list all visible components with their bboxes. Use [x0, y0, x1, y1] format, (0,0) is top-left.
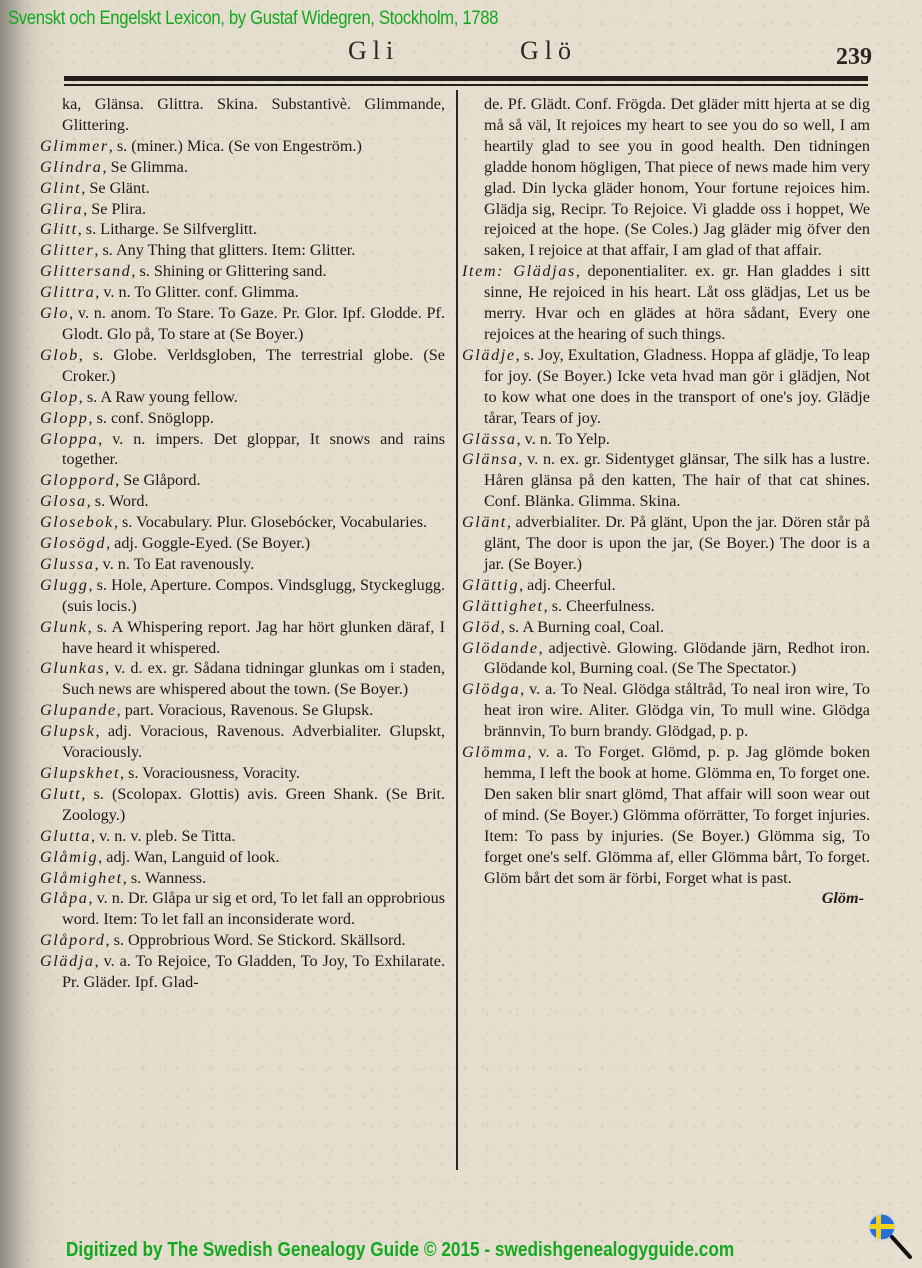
definition: , v. n. To Glitter. conf. Glimma.: [95, 283, 298, 301]
catchword: Glöm-: [462, 888, 870, 909]
dictionary-entry: Glopp, s. conf. Snöglopp.: [40, 408, 445, 429]
definition: , v. n. ex. gr. Sidentyget glänsar, The …: [484, 450, 870, 510]
dictionary-entry: Glugg, s. Hole, Aperture. Compos. Vindsg…: [40, 575, 445, 617]
dictionary-entry: Glob, s. Globe. Verldsgloben, The terres…: [40, 345, 445, 387]
dictionary-entry: Glop, s. A Raw young fellow.: [40, 387, 445, 408]
definition: , v. n. v. pleb. Se Titta.: [91, 827, 236, 845]
headword: Glo: [40, 304, 69, 322]
dictionary-entry: Glässa, v. n. To Yelp.: [462, 429, 870, 450]
column-divider: [456, 90, 458, 1170]
continued-entry: ka, Glänsa. Glittra. Skina. Substantivè.…: [40, 94, 445, 136]
guide-word-left: Gli: [348, 36, 399, 66]
headword: Glässa: [462, 430, 517, 448]
definition: , Se Plira.: [83, 200, 146, 218]
headword: Glussa: [40, 555, 95, 573]
dictionary-entry: Glittra, v. n. To Glitter. conf. Glimma.: [40, 282, 445, 303]
continued-entry: de. Pf. Glädt. Conf. Frögda. Det gläder …: [462, 94, 870, 261]
dictionary-entry: Glunkas, v. d. ex. gr. Sådana tidningar …: [40, 658, 445, 700]
definition: , Se Glänt.: [81, 179, 149, 197]
headword: Glutt: [40, 785, 81, 803]
definition: , s. Wanness.: [123, 869, 206, 887]
headword: Glupande: [40, 701, 117, 719]
definition: , s. Litharge. Se Silfverglitt.: [78, 220, 257, 238]
definition: , s. Vocabulary. Plur. Glosebócker, Voca…: [114, 513, 427, 531]
headword: Glitter: [40, 241, 94, 259]
definition: , s. Cheerfulness.: [544, 597, 655, 615]
dictionary-entry: Glo, v. n. anom. To Stare. To Gaze. Pr. …: [40, 303, 445, 345]
definition: , Se Glimma.: [102, 158, 187, 176]
definition: , v. a. To Forget. Glömd, p. p. Jag glöm…: [484, 743, 870, 886]
headword: Glosögd: [40, 534, 106, 552]
definition: , s. Globe. Verldsgloben, The terrestria…: [62, 346, 445, 385]
definition: , s. A Burning coal, Coal.: [501, 618, 664, 636]
definition: , adj. Wan, Languid of look.: [98, 848, 279, 866]
dictionary-entry: Glosebok, s. Vocabulary. Plur. Glosebóck…: [40, 512, 445, 533]
dictionary-entry: Glåpord, s. Opprobrious Word. Se Stickor…: [40, 930, 445, 951]
title-watermark: Svenskt och Engelskt Lexicon, by Gustaf …: [8, 8, 498, 30]
definition: , s. (miner.) Mica. (Se von Engeström.): [109, 137, 362, 155]
dictionary-entry: Glömma, v. a. To Forget. Glömd, p. p. Ja…: [462, 742, 870, 888]
dictionary-entry: Gloppa, v. n. impers. Det gloppar, It sn…: [40, 429, 445, 471]
dictionary-entry: Item: Glädjas, deponentialiter. ex. gr. …: [462, 261, 870, 345]
headword: Glimmer: [40, 137, 109, 155]
headword: Glittersand: [40, 262, 131, 280]
dictionary-entry: Glitter, s. Any Thing that glitters. Ite…: [40, 240, 445, 261]
header-rule-thin: [64, 84, 868, 86]
headword: Glänsa: [462, 450, 518, 468]
headword: Glittra: [40, 283, 95, 301]
definition: , v. a. To Neal. Glödga ståltråd, To nea…: [484, 680, 870, 740]
definition: , adj. Voracious, Ravenous. Adverbialite…: [62, 722, 445, 761]
dictionary-entry: Glåmig, adj. Wan, Languid of look.: [40, 847, 445, 868]
definition: , s. A Raw young fellow.: [79, 388, 238, 406]
definition: , s. Opprobrious Word. Se Stickord. Skäl…: [105, 931, 405, 949]
header-rule-thick: [64, 76, 868, 81]
scanned-page: Svenskt och Engelskt Lexicon, by Gustaf …: [0, 0, 922, 1268]
definition: , s. conf. Snöglopp.: [88, 409, 213, 427]
definition: , part. Voracious, Ravenous. Se Glupsk.: [117, 701, 374, 719]
headword: Glättighet: [462, 597, 544, 615]
right-column: de. Pf. Glädt. Conf. Frögda. Det gläder …: [462, 94, 870, 909]
headword: Glugg: [40, 576, 88, 594]
dictionary-entry: Glänt, adverbialiter. Dr. På glänt, Upon…: [462, 512, 870, 575]
definition: , adj. Cheerful.: [519, 576, 616, 594]
left-column: ka, Glänsa. Glittra. Skina. Substantivè.…: [40, 94, 445, 993]
definition: , adj. Goggle-Eyed. (Se Boyer.): [106, 534, 310, 552]
headword: Gloppord: [40, 471, 115, 489]
dictionary-entry: Glättighet, s. Cheerfulness.: [462, 596, 870, 617]
entry-text: ka, Glänsa. Glittra. Skina. Substantivè.…: [62, 95, 445, 134]
definition: , s. Joy, Exultation, Gladness. Hoppa af…: [484, 346, 870, 427]
headword: Glutta: [40, 827, 91, 845]
definition: , s. Word.: [87, 492, 149, 510]
headword: Glosebok: [40, 513, 114, 531]
definition: , v. n. anom. To Stare. To Gaze. Pr. Glo…: [62, 304, 445, 343]
dictionary-entry: Glupsk, adj. Voracious, Ravenous. Adverb…: [40, 721, 445, 763]
headword: Glädja: [40, 952, 95, 970]
definition: , v. d. ex. gr. Sådana tidningar glunkas…: [62, 659, 445, 698]
swedish-flag-magnifier-icon: [866, 1211, 916, 1263]
dictionary-entry: Glira, Se Plira.: [40, 199, 445, 220]
headword: Glupsk: [40, 722, 95, 740]
headword: Glödga: [462, 680, 520, 698]
headword: Glåpa: [40, 889, 88, 907]
headword: Glåmighet: [40, 869, 123, 887]
dictionary-entry: Gloppord, Se Glåpord.: [40, 470, 445, 491]
definition: , v. n. To Yelp.: [517, 430, 610, 448]
running-head: Gli Glö 239: [0, 36, 922, 70]
definition: , s. Hole, Aperture. Compos. Vindsglugg,…: [62, 576, 445, 615]
headword: Glänt: [462, 513, 507, 531]
dictionary-entry: Glåmighet, s. Wanness.: [40, 868, 445, 889]
definition: , v. n. To Eat ravenously.: [95, 555, 255, 573]
headword: Glättig: [462, 576, 519, 594]
dictionary-entry: Glädje, s. Joy, Exultation, Gladness. Ho…: [462, 345, 870, 429]
dictionary-entry: Glutt, s. (Scolopax. Glottis) avis. Gree…: [40, 784, 445, 826]
definition: , s. A Whispering report. Jag har hört g…: [62, 618, 445, 657]
dictionary-entry: Glädja, v. a. To Rejoice, To Gladden, To…: [40, 951, 445, 993]
dictionary-entry: Glunk, s. A Whispering report. Jag har h…: [40, 617, 445, 659]
guide-word-right: Glö: [520, 36, 577, 66]
dictionary-entry: Glödande, adjectivè. Glowing. Glödande j…: [462, 638, 870, 680]
headword: Glunk: [40, 618, 88, 636]
headword: Glöd: [462, 618, 501, 636]
headword: Glint: [40, 179, 81, 197]
definition: , Se Glåpord.: [115, 471, 200, 489]
headword: Glåpord: [40, 931, 105, 949]
definition: , adverbialiter. Dr. På glänt, Upon the …: [484, 513, 870, 573]
headword: Glira: [40, 200, 83, 218]
page-number: 239: [836, 44, 872, 71]
headword: Glunkas: [40, 659, 105, 677]
headword: Glupskhet: [40, 764, 120, 782]
definition: , adjectivè. Glowing. Glödande järn, Red…: [484, 639, 870, 678]
dictionary-entry: Glindra, Se Glimma.: [40, 157, 445, 178]
definition: , v. a. To Rejoice, To Gladden, To Joy, …: [62, 952, 445, 991]
dictionary-entry: Glödga, v. a. To Neal. Glödga ståltråd, …: [462, 679, 870, 742]
headword: Item: Glädjas: [462, 262, 576, 280]
headword: Gloppa: [40, 430, 98, 448]
headword: Glob: [40, 346, 79, 364]
dictionary-entry: Glöd, s. A Burning coal, Coal.: [462, 617, 870, 638]
dictionary-entry: Glättig, adj. Cheerful.: [462, 575, 870, 596]
headword: Glömma: [462, 743, 527, 761]
digitized-by-watermark: Digitized by The Swedish Genealogy Guide…: [66, 1238, 734, 1262]
dictionary-entry: Glussa, v. n. To Eat ravenously.: [40, 554, 445, 575]
definition: , v. n. Dr. Glåpa ur sig et ord, To let …: [62, 889, 445, 928]
headword: Glitt: [40, 220, 78, 238]
dictionary-entry: Glupskhet, s. Voraciousness, Voracity.: [40, 763, 445, 784]
dictionary-entry: Glint, Se Glänt.: [40, 178, 445, 199]
definition: , s. (Scolopax. Glottis) avis. Green Sha…: [62, 785, 445, 824]
headword: Glåmig: [40, 848, 98, 866]
definition: , s. Shining or Glittering sand.: [131, 262, 326, 280]
dictionary-entry: Glitt, s. Litharge. Se Silfverglitt.: [40, 219, 445, 240]
dictionary-entry: Glosögd, adj. Goggle-Eyed. (Se Boyer.): [40, 533, 445, 554]
headword: Glopp: [40, 409, 88, 427]
definition: , s. Voraciousness, Voracity.: [120, 764, 300, 782]
dictionary-entry: Glåpa, v. n. Dr. Glåpa ur sig et ord, To…: [40, 888, 445, 930]
headword: Glosa: [40, 492, 87, 510]
dictionary-entry: Glosa, s. Word.: [40, 491, 445, 512]
definition: , v. n. impers. Det gloppar, It snows an…: [62, 430, 445, 469]
headword: Glop: [40, 388, 79, 406]
headword: Glindra: [40, 158, 102, 176]
headword: Glödande: [462, 639, 539, 657]
headword: Glädje: [462, 346, 516, 364]
dictionary-entry: Glittersand, s. Shining or Glittering sa…: [40, 261, 445, 282]
dictionary-entry: Glutta, v. n. v. pleb. Se Titta.: [40, 826, 445, 847]
definition: , s. Any Thing that glitters. Item: Glit…: [94, 241, 355, 259]
dictionary-entry: Glimmer, s. (miner.) Mica. (Se von Enges…: [40, 136, 445, 157]
dictionary-entry: Glupande, part. Voracious, Ravenous. Se …: [40, 700, 445, 721]
dictionary-entry: Glänsa, v. n. ex. gr. Sidentyget glänsar…: [462, 449, 870, 512]
entry-text: de. Pf. Glädt. Conf. Frögda. Det gläder …: [484, 95, 870, 259]
